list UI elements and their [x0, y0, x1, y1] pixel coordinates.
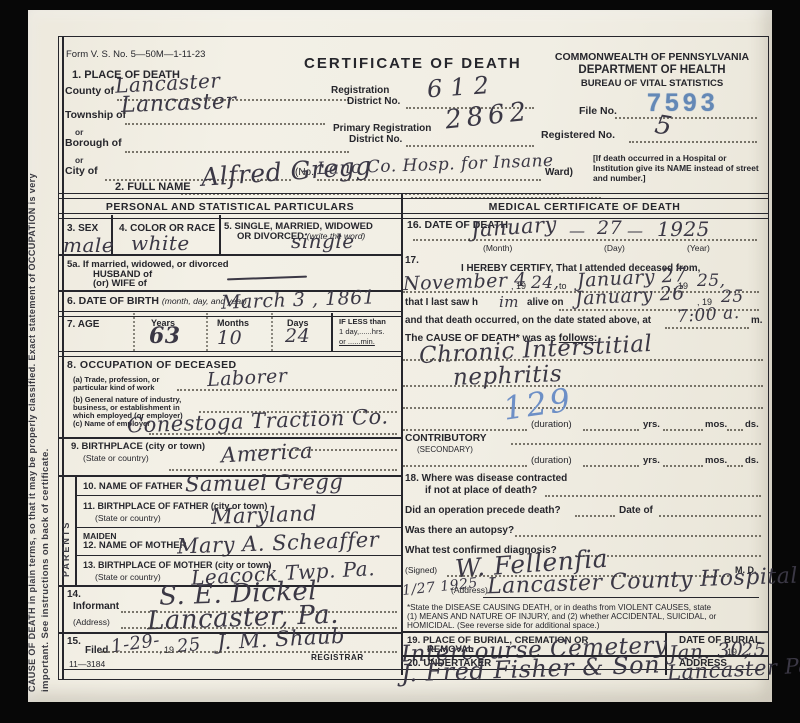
day-sublabel: (Day) — [604, 243, 625, 253]
occ-bottom-rule — [59, 437, 401, 439]
age-sep-2 — [206, 313, 208, 351]
mother-label: 12. NAME OF MOTHER — [83, 540, 186, 551]
parents-strip-border — [75, 475, 77, 585]
fullname-label: 2. FULL NAME — [115, 181, 191, 193]
age-sep-3 — [271, 313, 273, 351]
spouse-label-3: (or) WIFE of — [93, 278, 147, 289]
attended-from-year: 24, — [531, 273, 560, 293]
birthplace-label: 9. BIRTHPLACE (city or town) — [71, 441, 205, 452]
fullname-value: Alfred Gregg — [200, 151, 372, 192]
county-label: County of — [65, 85, 114, 97]
q-dateof-dots — [659, 515, 761, 517]
filed-year-value: 25 — [176, 634, 202, 657]
if-less-3: or ......min. — [339, 337, 375, 346]
cells-bottom-rule — [59, 254, 401, 256]
cause-dots-3 — [403, 407, 763, 409]
screenshot-root: { "margin": { "line_outer": "CAUSE OF DE… — [0, 0, 800, 723]
birthplace-value: America — [220, 439, 313, 468]
dur2-dots-c — [663, 465, 703, 467]
q18-line-2: if not at place of death? — [425, 485, 537, 496]
header-divider — [59, 193, 768, 199]
registration-district-label2: District No. — [347, 96, 400, 107]
dod-line — [413, 239, 757, 241]
dod-dash-2: — — [627, 221, 644, 240]
footnote-line-1: *State the DISEASE CAUSING DEATH, or in … — [407, 603, 711, 612]
certify-19a: , 19 — [511, 281, 526, 291]
spouse-blank-dash — [227, 276, 307, 281]
certificate-title: CERTIFICATE OF DEATH — [304, 55, 522, 72]
informant-label: Informant — [73, 601, 119, 612]
filed-19-label: , 19 — [159, 645, 174, 655]
occ-c-line — [149, 433, 397, 435]
left-double-border — [62, 37, 64, 679]
q-operation-dots — [575, 515, 615, 517]
hospital-note: [If death occurred in a Hospital or Inst… — [593, 153, 761, 183]
file-no-label: File No. — [579, 105, 617, 117]
birthplace-sublabel: (State or country) — [83, 453, 149, 463]
registered-no-label: Registered No. — [541, 129, 615, 141]
item-17: 17. — [405, 255, 419, 266]
footnote-line-2: (1) MEANS AND NATURE OF INJURY, and (2) … — [407, 612, 716, 621]
personal-title: PERSONAL AND STATISTICAL PARTICULARS — [59, 201, 401, 213]
year-sublabel: (Year) — [687, 243, 710, 253]
occ-a-line — [177, 389, 397, 391]
address-underline — [483, 597, 759, 598]
dod-day-value: 27 — [597, 217, 622, 239]
township-label: Township of — [65, 109, 126, 121]
q-operation: Did an operation precede death? — [405, 505, 561, 516]
mother-value: Mary A. Scheaffer — [177, 527, 380, 558]
contributory-dots — [511, 443, 761, 445]
yrs-label: yrs. — [643, 419, 660, 430]
registered-no-line — [629, 141, 757, 143]
or-a: or — [75, 127, 83, 137]
primary-registration-value: 2862 — [444, 97, 533, 136]
dur2-dots-d — [727, 465, 743, 467]
bureau-line: BUREAU OF VITAL STATISTICS — [543, 78, 761, 89]
occurred-dots — [665, 327, 749, 329]
marital-value: single — [291, 229, 355, 253]
department-line: DEPARTMENT OF HEALTH — [543, 64, 761, 76]
registrar-label: REGISTRAR — [311, 653, 364, 662]
mother-rule — [75, 555, 401, 556]
occ-a-value: Laborer — [206, 365, 288, 391]
q-autopsy-dots — [515, 535, 761, 537]
duration2-label: (duration) — [531, 455, 572, 466]
signed-label: (Signed) — [405, 565, 437, 575]
duration-label: (duration) — [531, 419, 572, 430]
age-months-value: 10 — [217, 327, 242, 349]
father-value: Samuel Gregg — [185, 470, 344, 497]
q-dateof: Date of — [619, 505, 653, 516]
occurred-print: and that death occurred, on the date sta… — [405, 315, 651, 326]
q-autopsy: Was there an autopsy? — [405, 525, 514, 536]
yrs2-label: yrs. — [643, 455, 660, 466]
if-less-2: 1 day,......hrs. — [339, 327, 384, 336]
lastsaw-print-a: that I last saw h — [405, 297, 478, 308]
cause-dots-1 — [403, 359, 763, 361]
father-rule — [75, 495, 401, 496]
certificate-body: Form V. S. No. 5—50M—1-11-23 CERTIFICATE… — [58, 36, 769, 680]
dur1-dots-c — [663, 429, 703, 431]
informant-addr-label: (Address) — [73, 617, 110, 627]
dod-month-value: January — [470, 212, 557, 242]
commonwealth-line: COMMONWEALTH OF PENNSYLVANIA — [543, 51, 761, 63]
dur1-dots-b — [583, 429, 639, 431]
primary-registration-label1: Primary Registration — [333, 123, 431, 134]
addr-label: (Address) — [451, 585, 488, 595]
month-sublabel: (Month) — [483, 243, 512, 253]
registration-district-label1: Registration — [331, 85, 389, 96]
certificate-paper: CAUSE OF DEATH in plain terms, so that i… — [28, 10, 772, 702]
lastsaw-him: im — [499, 293, 519, 311]
informant-no: 14. — [67, 589, 81, 600]
filed-no: 15. — [67, 636, 81, 647]
age-days-value: 24 — [285, 325, 310, 347]
township-line — [125, 123, 325, 125]
medical-title: MEDICAL CERTIFICATE OF DEATH — [401, 201, 768, 213]
occ-a-label-2: particular kind of work — [73, 383, 154, 392]
parents-label: PARENTS — [61, 485, 71, 577]
dur2-dots-a — [403, 465, 527, 467]
dur2-dots-b — [583, 465, 639, 467]
column-divider — [401, 193, 403, 675]
cell-sep-2 — [219, 215, 221, 254]
registered-no-value: 5 — [653, 110, 675, 143]
borough-label: Borough of — [65, 137, 122, 149]
file-no-line — [615, 117, 757, 119]
time-value: 7:00 a. — [676, 303, 740, 327]
plate-number: 11—3184 — [69, 659, 105, 669]
age-bottom-rule — [59, 351, 401, 357]
age-years-value: 63 — [149, 323, 181, 349]
margin-instructions-inner: important. See instructions on back of c… — [40, 350, 51, 692]
registration-district-value: 612 — [426, 71, 498, 104]
footnote-line-3: HOMICIDAL. (See reverse side for additio… — [407, 621, 600, 630]
dob-value: March 3 , 1861 — [221, 286, 376, 313]
mos-label: mos. — [705, 419, 727, 430]
father-bp-sublabel: (State or country) — [95, 513, 161, 523]
township-value: Lancaster — [121, 89, 237, 118]
age-box-sep — [331, 313, 333, 351]
dur1-dots-a — [403, 429, 527, 431]
margin-instructions-outer: CAUSE OF DEATH in plain terms, so that i… — [27, 24, 37, 692]
dod-dash-1: — — [569, 221, 586, 240]
if-less-1: IF LESS than — [339, 317, 386, 326]
city-label: City of — [65, 165, 98, 177]
ds2-label: ds. — [745, 455, 759, 466]
father-bp-value: Maryland — [211, 501, 318, 529]
primary-registration-line — [406, 145, 534, 147]
ds-label: ds. — [745, 419, 759, 430]
mos2-label: mos. — [705, 455, 727, 466]
mother-bp-sublabel: (State or country) — [95, 572, 161, 582]
age-sep-1 — [133, 313, 135, 351]
dur1-dots-d — [727, 429, 743, 431]
lastsaw-date-value: January 26 — [574, 282, 685, 310]
cause-dots-2 — [403, 385, 763, 387]
father-label: 10. NAME OF FATHER — [83, 481, 183, 492]
race-value: white — [131, 231, 190, 255]
secondary-label: (SECONDARY) — [417, 445, 473, 454]
ward-label: Ward) — [545, 167, 573, 178]
or-b: or — [75, 155, 83, 165]
borough-line — [125, 151, 349, 153]
primary-registration-label2: District No. — [349, 134, 402, 145]
dod-year-value: 1925 — [657, 217, 710, 241]
q18-line-1: 18. Where was disease contracted — [405, 473, 567, 484]
dob-label: 6. DATE OF BIRTH (month, day, and year) — [67, 295, 247, 307]
age-label: 7. AGE — [67, 319, 99, 330]
contributory-label: CONTRIBUTORY — [405, 433, 487, 444]
lastsaw-print-b: alive on — [527, 297, 563, 308]
burial-top-rule — [401, 631, 768, 633]
form-number: Form V. S. No. 5—50M—1-11-23 — [66, 49, 205, 60]
to-word: to — [559, 281, 567, 291]
m-label: m. — [751, 315, 762, 326]
q18-dots — [545, 495, 761, 497]
